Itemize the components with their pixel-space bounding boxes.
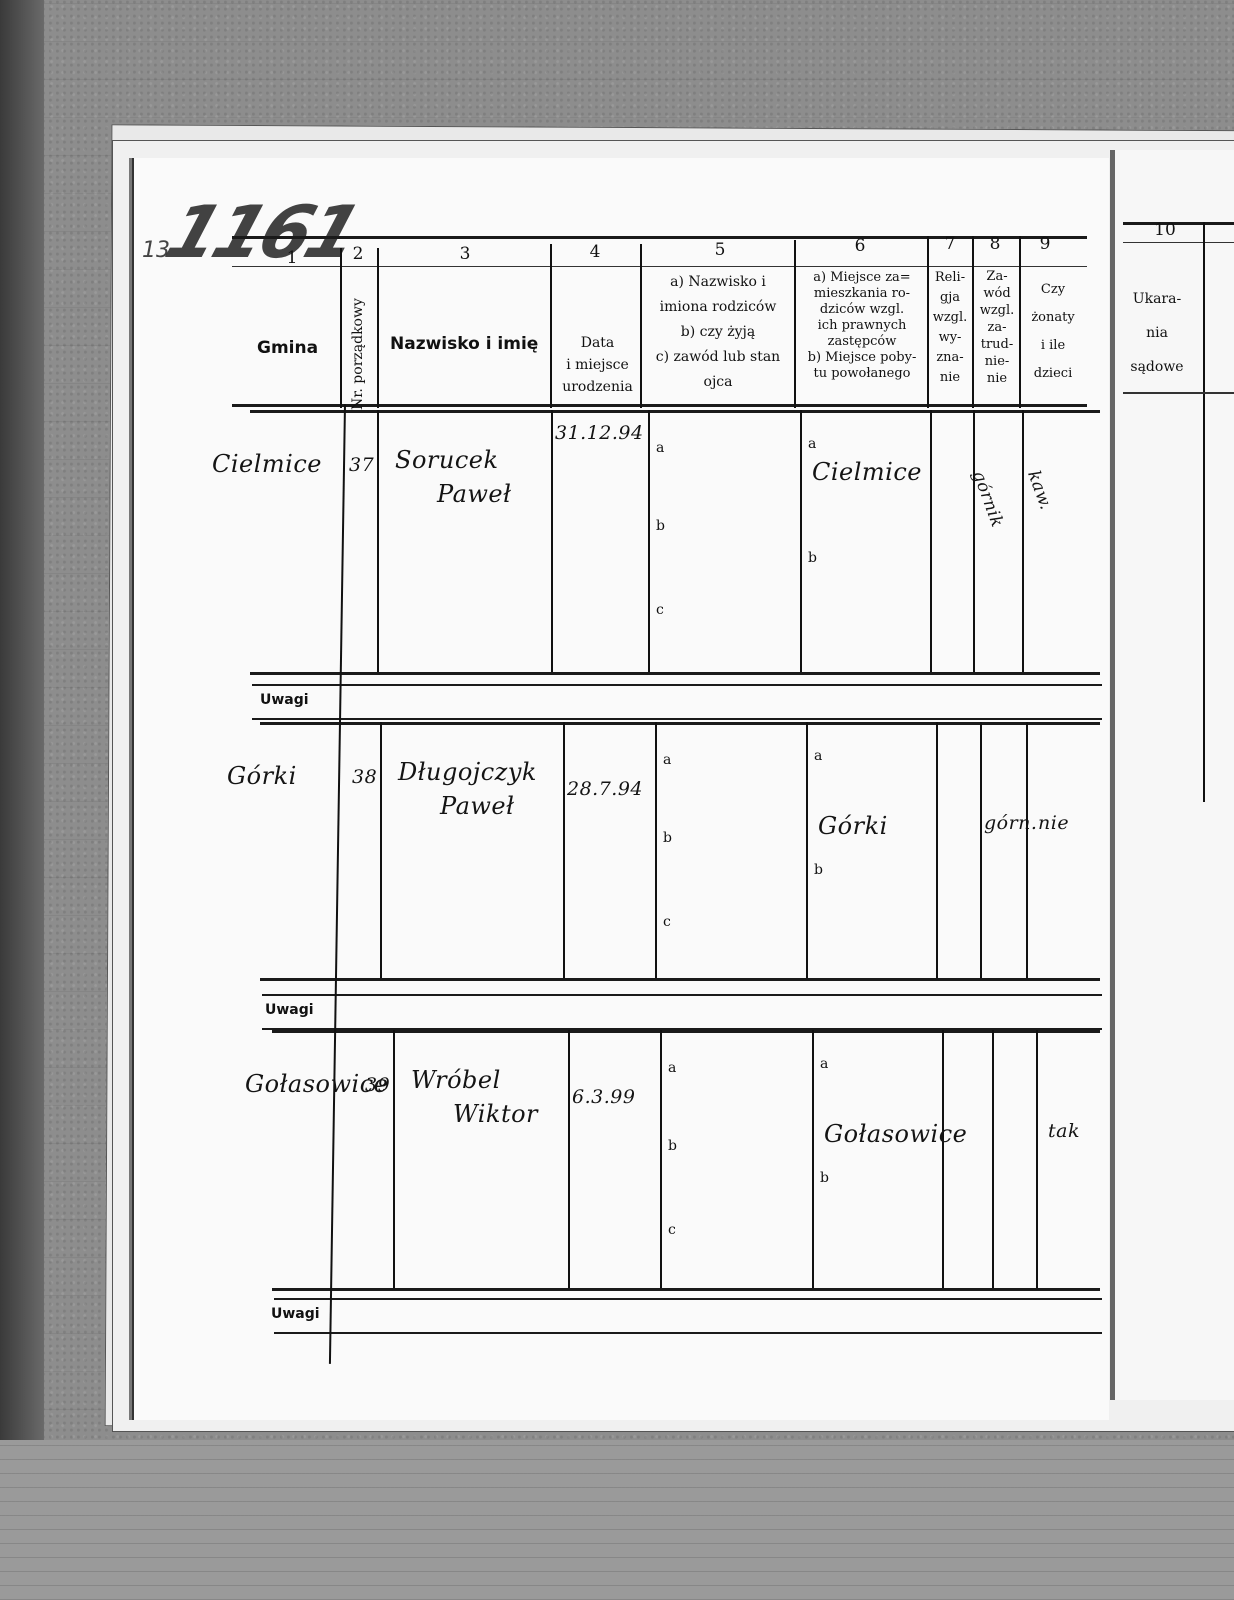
column-header-married: Czy żonaty i ile dzieci — [1022, 276, 1084, 388]
entry-parents-residence: Gołasowice — [824, 1120, 967, 1148]
column-number-2: 2 — [343, 244, 373, 264]
entry-married: nie — [1038, 812, 1069, 834]
sub-marker-a: a — [814, 748, 822, 764]
sub-marker-c: c — [663, 914, 671, 930]
column-header-birth: Datai miejsceurodzenia — [555, 332, 640, 398]
scan-left-edge — [0, 0, 44, 1600]
sub-marker-b: b — [808, 550, 817, 566]
column-number-7: 7 — [935, 234, 965, 254]
column-number-4: 4 — [565, 242, 625, 262]
column-header-residence: a) Miejsce za= mieszkania ro- dziców wzg… — [796, 270, 928, 382]
column-number-8: 8 — [980, 234, 1010, 254]
entry-number: 37 — [349, 454, 374, 476]
remarks-label: Uwagi — [260, 692, 309, 708]
sub-marker-a: a — [820, 1056, 828, 1072]
entry-birth-date: 31.12.94 — [555, 422, 644, 444]
entry-married: tak — [1048, 1120, 1080, 1142]
sub-marker-b: b — [820, 1170, 829, 1186]
sub-marker-b: b — [814, 862, 823, 878]
sub-marker-c: c — [656, 602, 664, 618]
entry-birth-date: 6.3.99 — [572, 1086, 635, 1108]
sub-marker-c: c — [668, 1222, 676, 1238]
column-number-6: 6 — [830, 236, 890, 256]
entry-gmina: Cielmice — [212, 450, 322, 478]
entry-occupation: górn. — [984, 812, 1037, 834]
remarks-label: Uwagi — [265, 1002, 314, 1018]
entry-gmina: Górki — [227, 762, 297, 790]
column-header-parents: a) Nazwisko i imiona rodziców b) czy żyj… — [642, 270, 794, 395]
entry-given-name: Paweł — [437, 480, 511, 508]
adjacent-page: 10 Ukara- nia sądowe — [1110, 150, 1234, 1400]
column-number-1: 1 — [262, 248, 322, 268]
column-header-nr: Nr. porządkowy — [350, 298, 366, 410]
sub-marker-a: a — [808, 436, 816, 452]
scan-background — [0, 1440, 1234, 1600]
column-header-religion: Reli- gja wzgl. wy- zna- nie — [928, 268, 972, 388]
sub-marker-b: b — [668, 1138, 677, 1154]
column-number-9: 9 — [1030, 234, 1060, 254]
entry-number: 39 — [365, 1074, 390, 1096]
entry-given-name: Wiktor — [453, 1100, 538, 1128]
sub-marker-b: b — [656, 518, 665, 534]
column-header-court-penalties: Ukara- nia sądowe — [1117, 282, 1197, 384]
column-header-gmina: Gmina — [257, 338, 318, 358]
sub-marker-a: a — [668, 1060, 676, 1076]
entry-surname: Sorucek — [395, 446, 499, 474]
sub-marker-a: a — [663, 752, 671, 768]
entry-surname: Długojczyk — [398, 758, 537, 786]
entry-surname: Wróbel — [411, 1066, 501, 1094]
column-header-name: Nazwisko i imię — [390, 334, 538, 354]
column-number-3: 3 — [435, 244, 495, 264]
entry-parents-residence: Górki — [818, 812, 888, 840]
entry-number: 38 — [352, 766, 377, 788]
entry-parents-residence: Cielmice — [812, 458, 922, 486]
column-number-10: 10 — [1135, 220, 1195, 240]
column-header-occupation: Za- wód wzgl. za- trud- nie- nie — [974, 268, 1020, 387]
sub-marker-b: b — [663, 830, 672, 846]
remarks-label: Uwagi — [271, 1306, 320, 1322]
folio-number: 131161 — [142, 190, 354, 274]
entry-birth-date: 28.7.94 — [567, 778, 643, 800]
column-number-5: 5 — [690, 240, 750, 260]
sub-marker-a: a — [656, 440, 664, 456]
entry-given-name: Paweł — [440, 792, 514, 820]
